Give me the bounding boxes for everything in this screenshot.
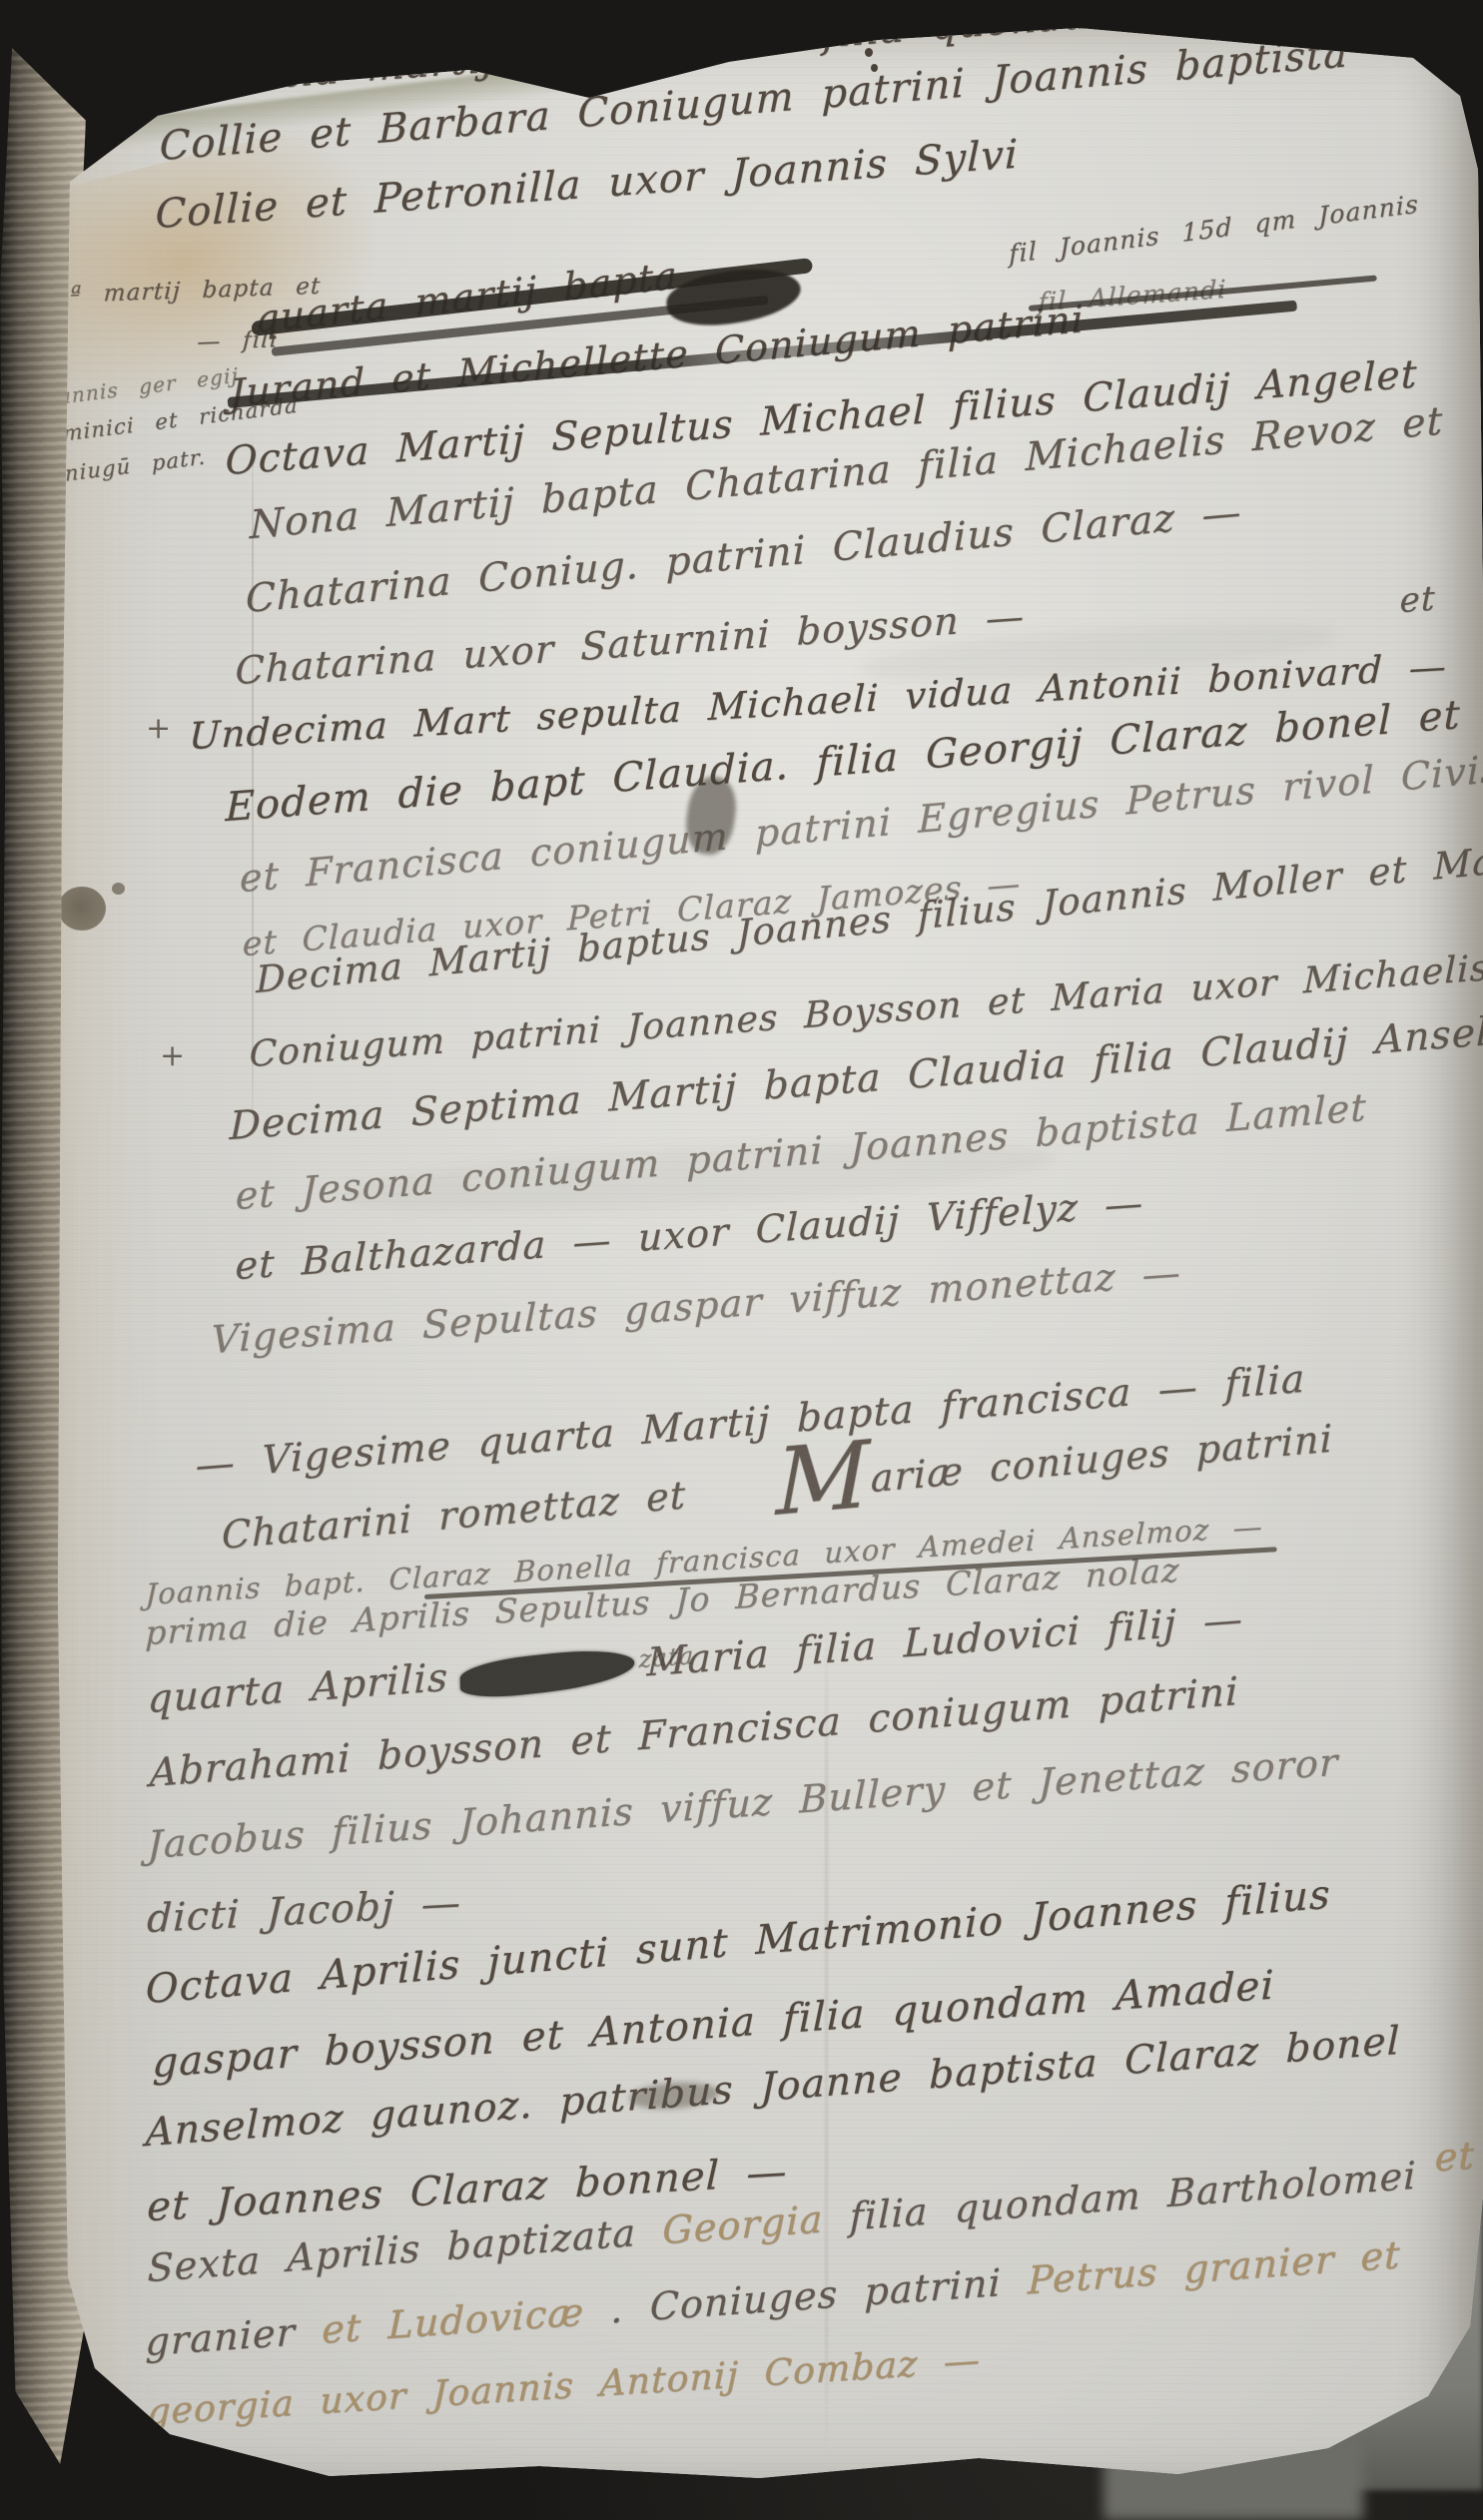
line-text: Chatarini romettaz et: [222, 1473, 686, 1558]
line-text-tan-ink: Petrus granier et: [1028, 2232, 1401, 2302]
interline-insertion: fil Joannis 15d qm Joannis: [1009, 190, 1419, 270]
ink-blot: [112, 883, 125, 895]
line-text: filia quondam Bartholomei: [823, 2154, 1417, 2241]
line-text: granier: [145, 2308, 322, 2365]
calligraphic-initial: M: [776, 1421, 871, 1537]
struck-out-word: [460, 1644, 635, 1701]
ink-blot: [58, 887, 106, 931]
interline-correction: zata: [639, 1641, 695, 1673]
ink-blot: [871, 64, 878, 72]
manuscript-page: Tertia martij bapta Maria filia quondam …: [0, 0, 1483, 2520]
margin-cross-mark: +: [160, 1038, 185, 1073]
line-text: quarta Aprilis: [147, 1655, 448, 1722]
manuscript-line: et: [1399, 578, 1436, 621]
line-text-tan-ink: et Ludovicæ: [322, 2289, 585, 2352]
line-text-tan-ink: et: [1435, 2133, 1476, 2180]
margin-cross-mark: +: [146, 711, 171, 746]
manuscript-line: dicti Jacobj —: [146, 1880, 461, 1942]
line-text: . Coniuges patrini: [584, 2258, 1029, 2333]
photo-backdrop: Tertia martij bapta Maria filia quondam …: [0, 0, 1483, 2520]
line-text-tan-ink: Georgia: [662, 2197, 824, 2252]
ink-blot: [865, 48, 873, 57]
